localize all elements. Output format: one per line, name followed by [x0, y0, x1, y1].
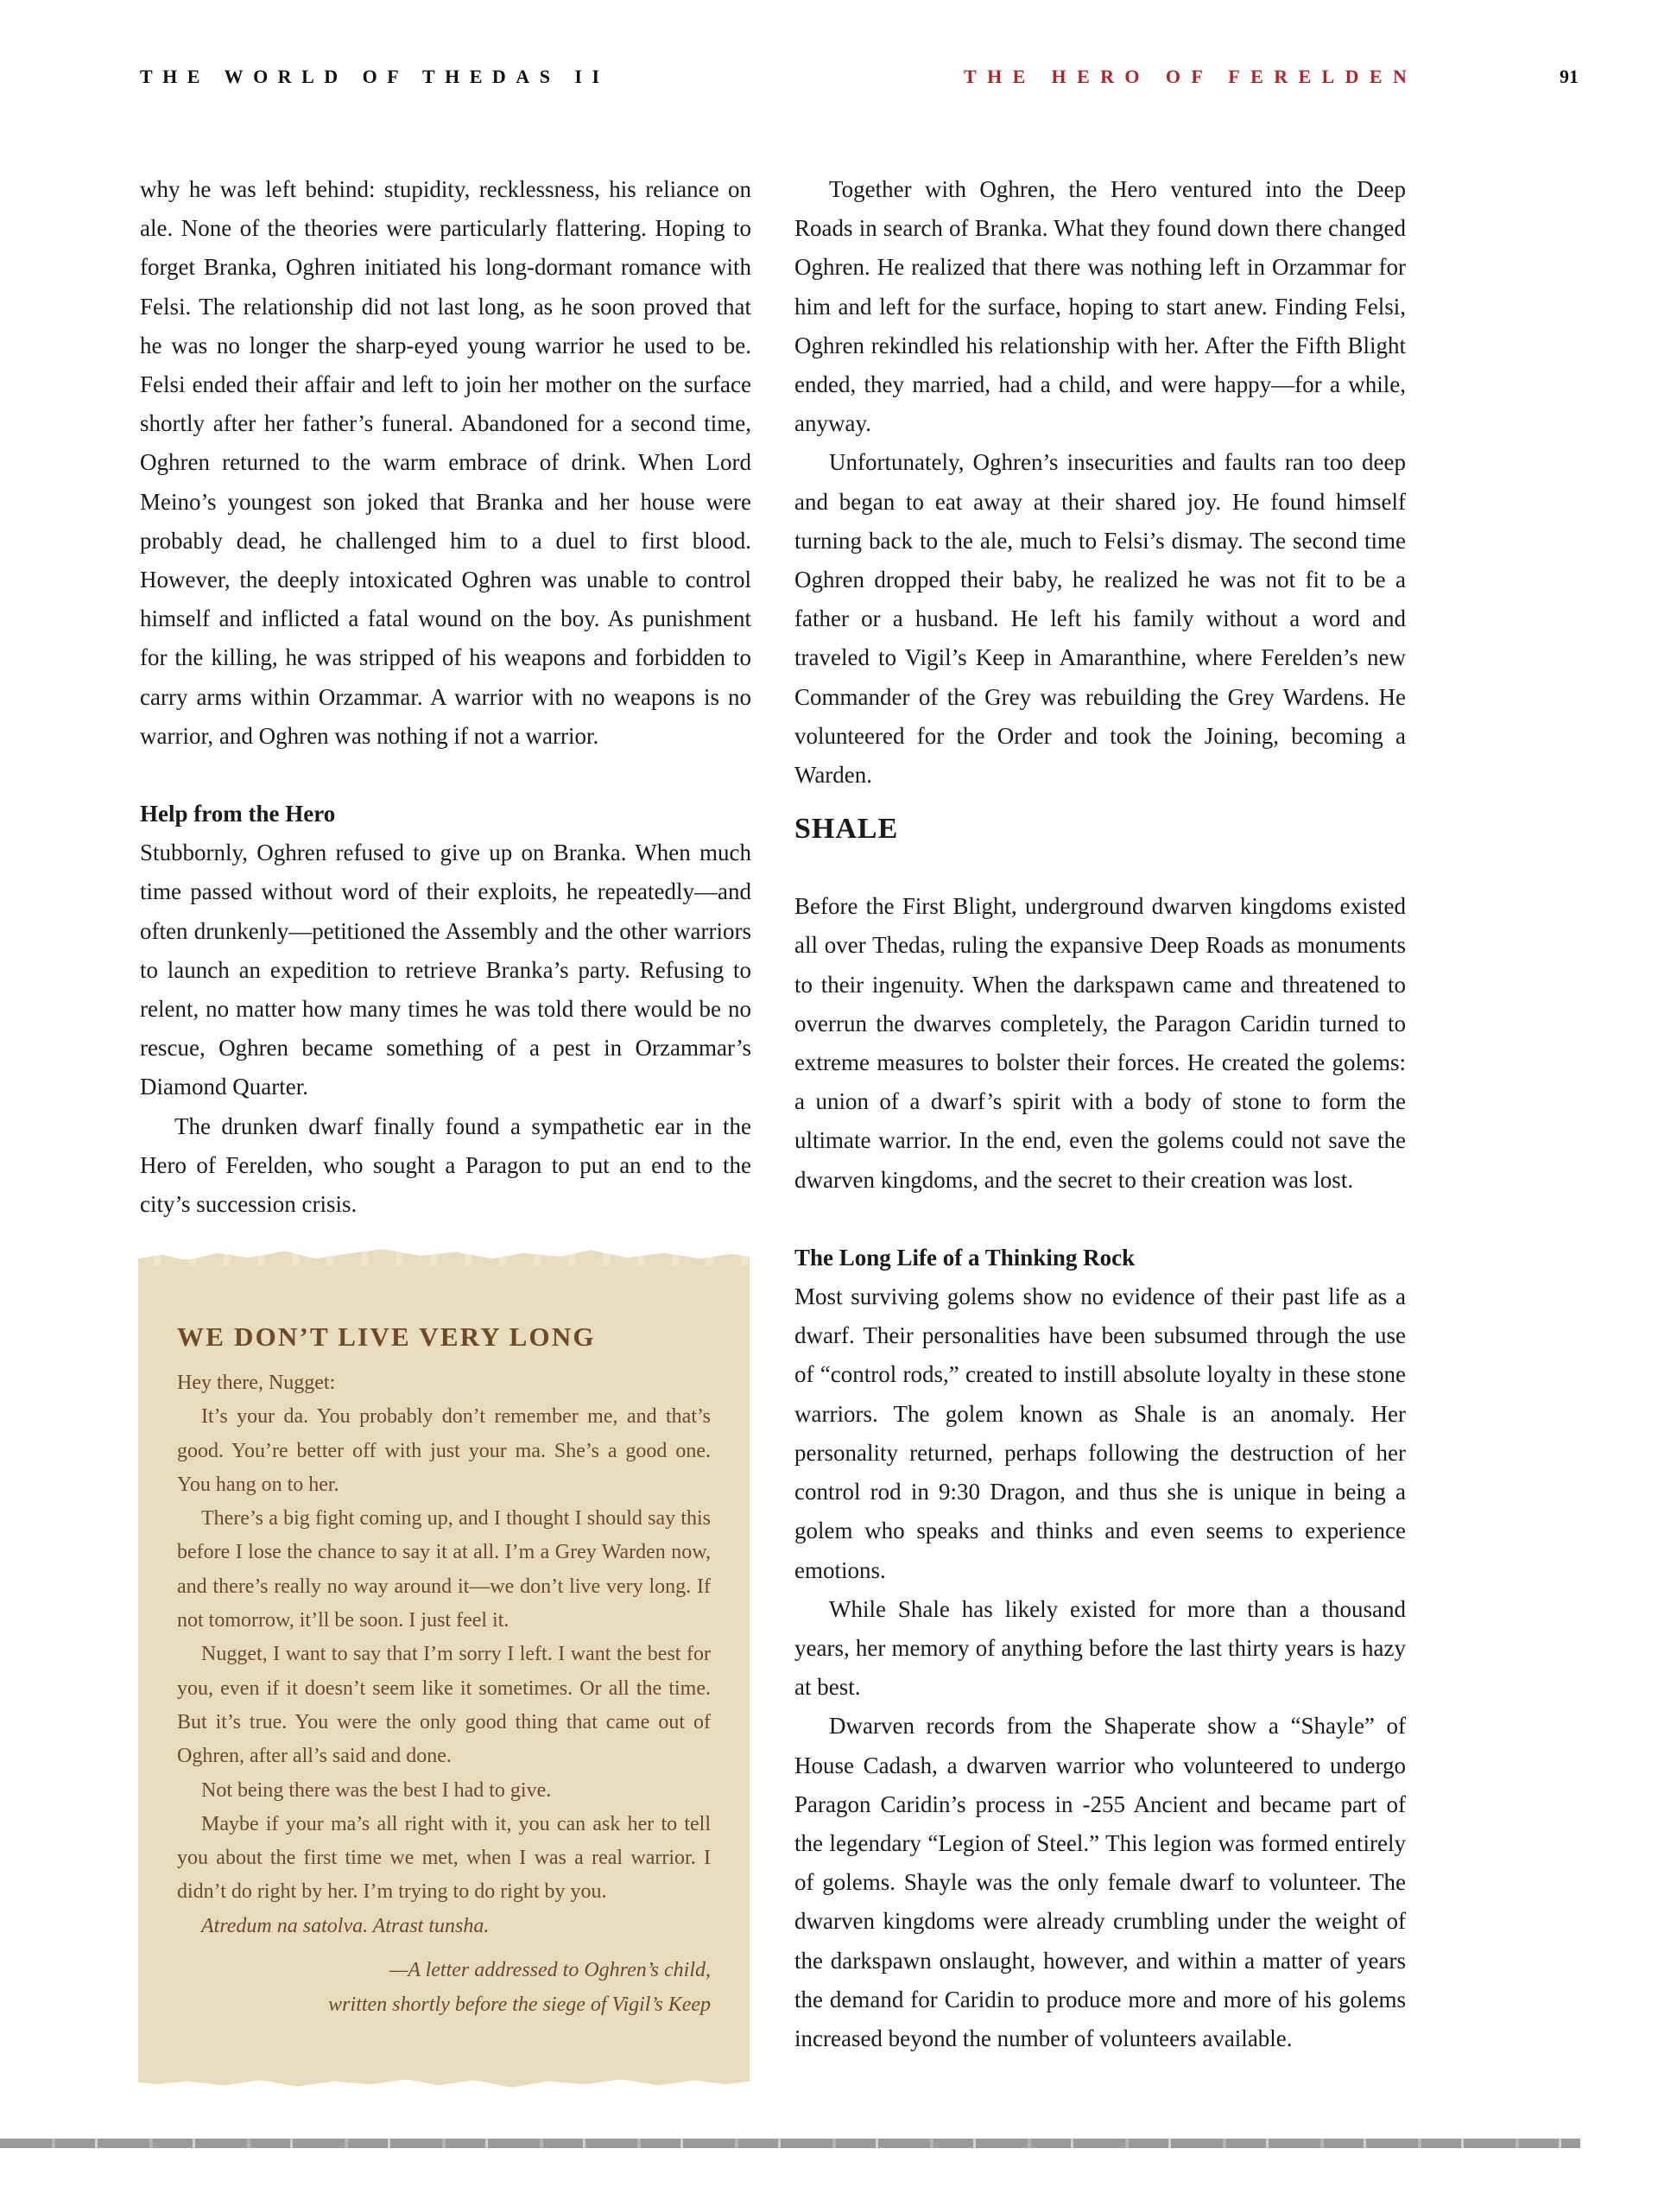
body-paragraph: Most surviving golems show no evidence o… — [794, 1277, 1406, 1590]
letter-closing: Atredum na satolva. Atrast tunsha. — [177, 1910, 711, 1943]
section-title-shale: SHALE — [794, 809, 1406, 887]
subheading-help-from-the-hero: Help from the Hero — [140, 795, 751, 833]
attribution-line: —A letter addressed to Oghren’s child, — [177, 1954, 711, 1988]
running-head-book-title: THE WORLD OF THEDAS II — [140, 64, 610, 90]
sidebar-letter-body: Hey there, Nugget: It’s your da. You pro… — [177, 1366, 711, 1943]
body-paragraph: While Shale has likely existed for more … — [794, 1590, 1406, 1708]
spacer — [794, 1200, 1406, 1239]
sidebar-content: WE DON’T LIVE VERY LONG Hey there, Nugge… — [177, 1320, 711, 2022]
page-number: 91 — [1560, 64, 1579, 90]
sidebar-attribution: —A letter addressed to Oghren’s child, w… — [177, 1954, 711, 2022]
body-paragraph: Together with Oghren, the Hero ventured … — [794, 170, 1406, 443]
running-head-chapter-title: THE HERO OF FERELDEN — [964, 64, 1417, 90]
letter-paragraph: Maybe if your ma’s all right with it, yo… — [177, 1808, 711, 1910]
letter-paragraph: There’s a big fight coming up, and I tho… — [177, 1502, 711, 1638]
body-paragraph: Unfortunately, Oghren’s insecurities and… — [794, 443, 1406, 795]
letter-salutation: Hey there, Nugget: — [177, 1366, 711, 1400]
right-column: Together with Oghren, the Hero ventured … — [794, 170, 1406, 2058]
footer-decorative-bar — [0, 2139, 1580, 2148]
spacer — [140, 756, 751, 795]
sidebar-letter-box: WE DON’T LIVE VERY LONG Hey there, Nugge… — [138, 1259, 750, 2080]
body-paragraph: The drunken dwarf finally found a sympat… — [140, 1107, 751, 1225]
subheading-thinking-rock: The Long Life of a Thinking Rock — [794, 1239, 1406, 1277]
sidebar-title: WE DON’T LIVE VERY LONG — [177, 1320, 711, 1354]
left-column: why he was left behind: stupidity, reckl… — [140, 170, 751, 1224]
body-paragraph: Before the First Blight, underground dwa… — [794, 887, 1406, 1200]
letter-paragraph: It’s your da. You probably don’t remembe… — [177, 1400, 711, 1502]
attribution-line: written shortly before the siege of Vigi… — [177, 1988, 711, 2023]
letter-paragraph: Nugget, I want to say that I’m sorry I l… — [177, 1638, 711, 1773]
body-paragraph: Dwarven records from the Shaperate show … — [794, 1707, 1406, 2058]
body-paragraph: why he was left behind: stupidity, reckl… — [140, 170, 751, 756]
body-paragraph: Stubbornly, Oghren refused to give up on… — [140, 833, 751, 1106]
letter-paragraph: Not being there was the best I had to gi… — [177, 1774, 711, 1808]
